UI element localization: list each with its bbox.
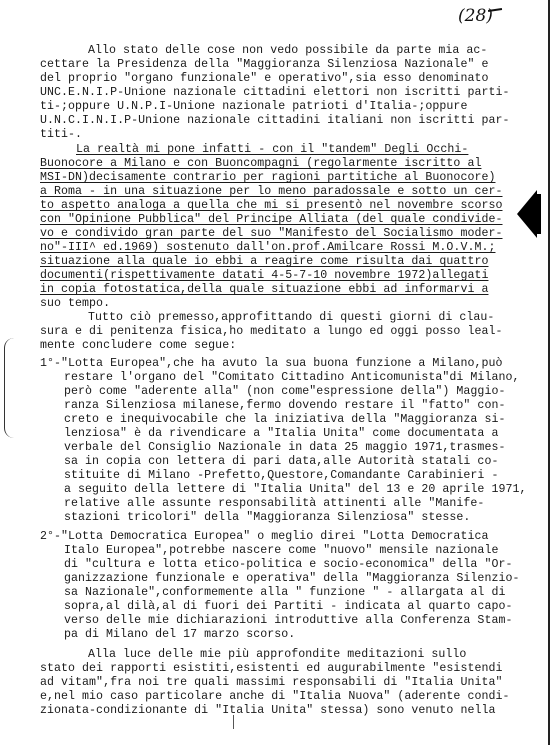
text-line: situazione alla quale io ebbi a reagire … bbox=[40, 255, 488, 269]
text-line: titi-. bbox=[40, 128, 82, 142]
text-line: stituite di Milano -Prefetto,Questore,Co… bbox=[64, 469, 498, 483]
text-line: verso delle mie dichiarazioni introdutti… bbox=[64, 614, 512, 628]
text-line: sa in copia con lettera di pari data,all… bbox=[64, 455, 498, 469]
text-line: verbale del Consiglio Nazionale in data … bbox=[64, 441, 505, 455]
text-line: La realtà mi pone infatti - con il "tand… bbox=[76, 143, 468, 157]
text-line: U.N.C.I.N.I.P-Unione nazionale cittadini… bbox=[40, 114, 510, 128]
text-line: con "Opinione Pubblica" del Principe All… bbox=[40, 213, 503, 227]
text-line: ganizzazione funzionale e operativa" del… bbox=[64, 572, 519, 586]
text-line: lenziosa" è da rivendicare a "Italia Uni… bbox=[64, 427, 498, 441]
text-line: pa di Milano del 17 marzo scorso. bbox=[64, 628, 295, 642]
text-line: a seguito della lettere di "Italia Unita… bbox=[64, 483, 527, 497]
text-line: restare l'organo del "Comitato Cittadino… bbox=[64, 371, 519, 385]
text-line: no"-III^ ed.1969) sostenuto dall'on.prof… bbox=[40, 241, 495, 255]
text-line: documenti(rispettivamente datati 4-5-7-1… bbox=[40, 269, 488, 283]
text-line: stazioni tricolori" della "Maggioranza S… bbox=[64, 511, 470, 525]
text-line: to aspetto analoga a quella che mi si pr… bbox=[40, 199, 503, 213]
margin-bracket-mark bbox=[4, 338, 15, 438]
text-line: 2°-"Lotta Democratica Europea" o meglio … bbox=[40, 530, 488, 544]
text-line: 1°-"Lotta Europea",che ha avuto la sua b… bbox=[40, 357, 503, 371]
text-line: relative alle assunte responsabilità att… bbox=[64, 497, 484, 511]
text-line: creto e inequivocabile che la iniziativa… bbox=[64, 413, 505, 427]
text-line: UNC.E.N.I.P-Unione nazionale cittadini e… bbox=[40, 86, 510, 100]
text-line: in copia fotostatica,della quale situazi… bbox=[40, 283, 488, 297]
arrow-pointer-icon bbox=[517, 190, 537, 238]
text-line: però come "aderente alla" (non come"espr… bbox=[64, 385, 505, 399]
typewritten-document-page: (28) Allo stato delle cose non vedo poss… bbox=[0, 0, 553, 745]
text-line: a Roma - in una situazione per lo meno p… bbox=[40, 185, 503, 199]
text-line: Alla luce delle mie più approfondite med… bbox=[88, 648, 466, 662]
text-line: Buonocore a Milano e con Buoncompagni (r… bbox=[40, 157, 481, 171]
page-number: (28) bbox=[458, 6, 493, 26]
text-line: ad vitam",fra noi tre quali massimi resp… bbox=[40, 676, 503, 690]
text-line: sa Nazionale",conformemente alla " funzi… bbox=[64, 586, 505, 600]
text-line: del proprio "organo funzionale" e operat… bbox=[40, 72, 488, 86]
text-line: ranza Silenziosa milanese,fermo dovendo … bbox=[64, 399, 505, 413]
text-line: sopra,al dilà,al di fuori dei Partiti - … bbox=[64, 600, 512, 614]
page-edge-divider bbox=[548, 0, 550, 745]
text-line: ti-;oppure U.N.P.I-Unione nazionale patr… bbox=[40, 100, 467, 114]
text-line: Italo Europea",potrebbe nascere come "nu… bbox=[64, 544, 498, 558]
text-line: MSI-DN)decisamente contrario per ragioni… bbox=[40, 171, 495, 185]
text-line: suo tempo. bbox=[40, 297, 110, 311]
text-line: e,nel mio caso particolare anche di "Ita… bbox=[40, 690, 510, 704]
text-line: vo e condivido gran parte del suo "Manif… bbox=[40, 227, 503, 241]
text-line: mente concludere come segue: bbox=[40, 339, 236, 353]
text-line: di "cultura e lotta etico-politica e soc… bbox=[64, 558, 512, 572]
text-line: stato dei rapporti esistiti,esistenti ed… bbox=[40, 662, 503, 676]
text-line: zionata-condizionante di "Italia Unita" … bbox=[40, 704, 495, 718]
text-line: Allo stato delle cose non vedo possibile… bbox=[88, 44, 487, 58]
text-line: Tutto ciò premesso,approfittando di ques… bbox=[88, 311, 494, 325]
text-line: cettare la Presidenza della "Maggioranza… bbox=[40, 58, 488, 72]
text-line: sura e di penitenza fisica,ho meditato a… bbox=[40, 325, 503, 339]
